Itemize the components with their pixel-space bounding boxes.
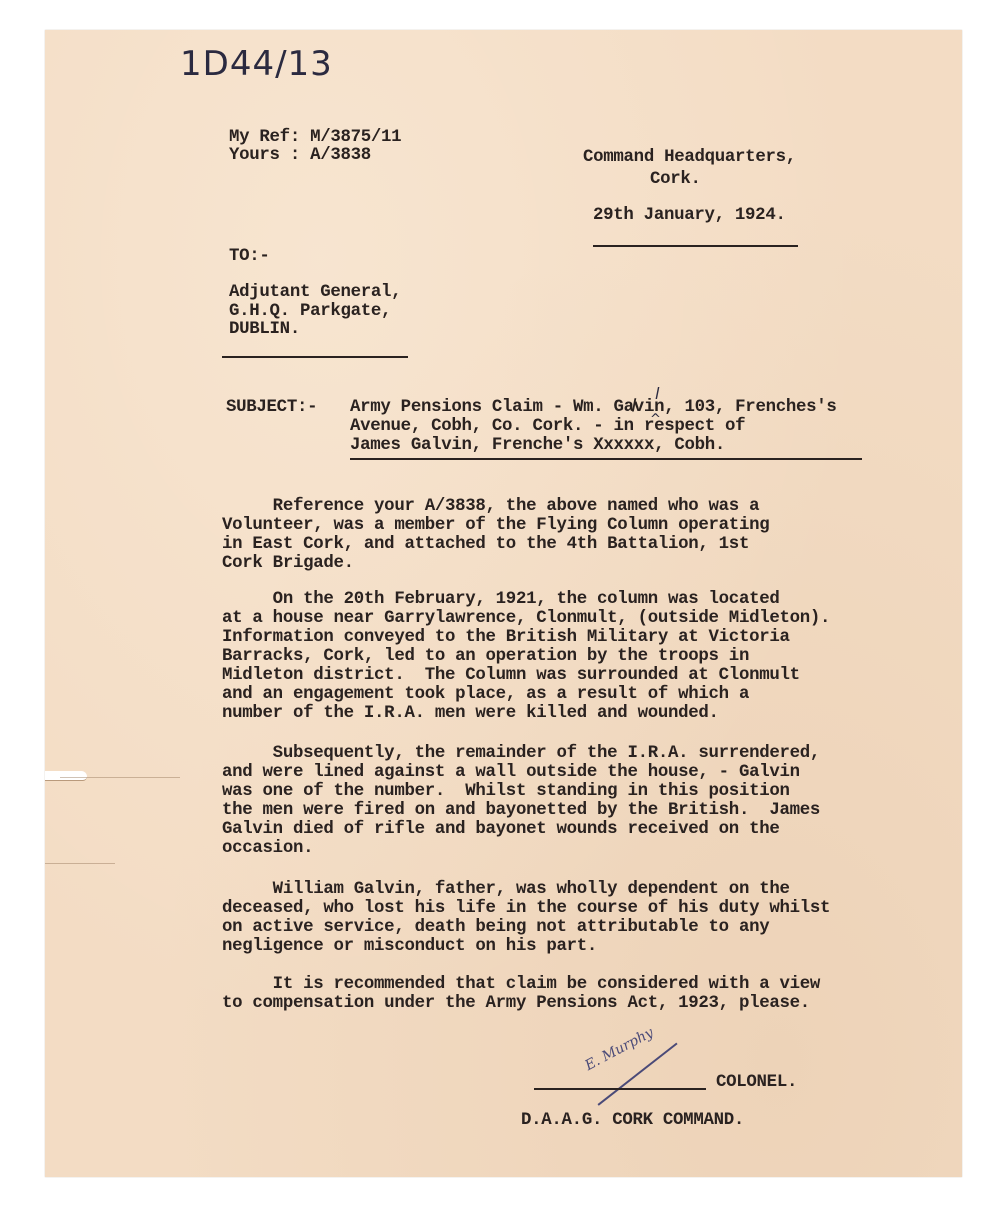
body-line: Midleton district. The Column was surrou…: [222, 666, 800, 686]
my-reference: My Ref: M/3875/11: [229, 128, 401, 148]
body-line: occasion.: [222, 839, 313, 859]
body-line: negligence or misconduct on his part.: [222, 937, 597, 957]
recipient-line-1: Adjutant General,: [229, 283, 401, 303]
body-line: to compensation under the Army Pensions …: [222, 994, 810, 1014]
body-line: William Galvin, father, was wholly depen…: [222, 880, 790, 900]
signature-rank: COLONEL.: [716, 1073, 797, 1093]
body-line: It is recommended that claim be consider…: [222, 975, 820, 995]
your-reference: Yours : A/3838: [229, 146, 371, 166]
signature-title: D.A.A.G. CORK COMMAND.: [521, 1111, 744, 1131]
body-line: deceased, who lost his life in the cours…: [222, 899, 830, 919]
body-line: Galvin died of rifle and bayonet wounds …: [222, 820, 780, 840]
body-line: On the 20th February, 1921, the column w…: [222, 590, 780, 610]
paper-crease: [45, 863, 115, 864]
body-line: and an engagement took place, as a resul…: [222, 685, 749, 705]
subject-line-3: James Galvin, Frenche's Xxxxxx, Cobh.: [350, 436, 725, 456]
paper-crease: [60, 777, 180, 778]
body-line: Cork Brigade.: [222, 554, 354, 574]
body-line: Barracks, Cork, led to an operation by t…: [222, 647, 749, 667]
subject-line-1: Army Pensions Claim - Wm. Ga̸vin, 103, F…: [350, 398, 837, 418]
subject-line-2: Avenue, Cobh, Co. Cork. - in respect of: [350, 417, 745, 437]
sender-address-line-2: Cork.: [650, 170, 701, 190]
body-line: Volunteer, was a member of the Flying Co…: [222, 516, 769, 536]
body-line: the men were fired on and bayonetted by …: [222, 801, 820, 821]
body-line: number of the I.R.A. men were killed and…: [222, 704, 719, 724]
recipient-line-2: G.H.Q. Parkgate,: [229, 302, 391, 322]
body-line: and were lined against a wall outside th…: [222, 763, 800, 783]
body-line: Reference your A/3838, the above named w…: [222, 497, 759, 517]
subject-underline: [350, 458, 862, 460]
body-line: on active service, death being not attri…: [222, 918, 769, 938]
recipient-rule: [222, 356, 408, 358]
handwritten-correction: l: [655, 384, 659, 403]
signature-line: [534, 1088, 706, 1090]
recipient-line-3: DUBLIN.: [229, 320, 300, 340]
letter-date: 29th January, 1924.: [593, 206, 786, 226]
subject-label: SUBJECT:-: [226, 398, 317, 418]
paper-tear: [45, 771, 87, 781]
file-reference-handwritten: 1D44/13: [180, 44, 333, 84]
handwritten-caret: ^: [650, 412, 661, 427]
to-label: TO:-: [229, 247, 270, 267]
body-line: at a house near Garrylawrence, Clonmult,…: [222, 609, 830, 629]
body-line: was one of the number. Whilst standing i…: [222, 782, 790, 802]
sender-address-line-1: Command Headquarters,: [583, 148, 796, 168]
date-rule: [593, 245, 798, 247]
body-line: in East Cork, and attached to the 4th Ba…: [222, 535, 749, 555]
body-line: Subsequently, the remainder of the I.R.A…: [222, 744, 820, 764]
body-line: Information conveyed to the British Mili…: [222, 628, 790, 648]
